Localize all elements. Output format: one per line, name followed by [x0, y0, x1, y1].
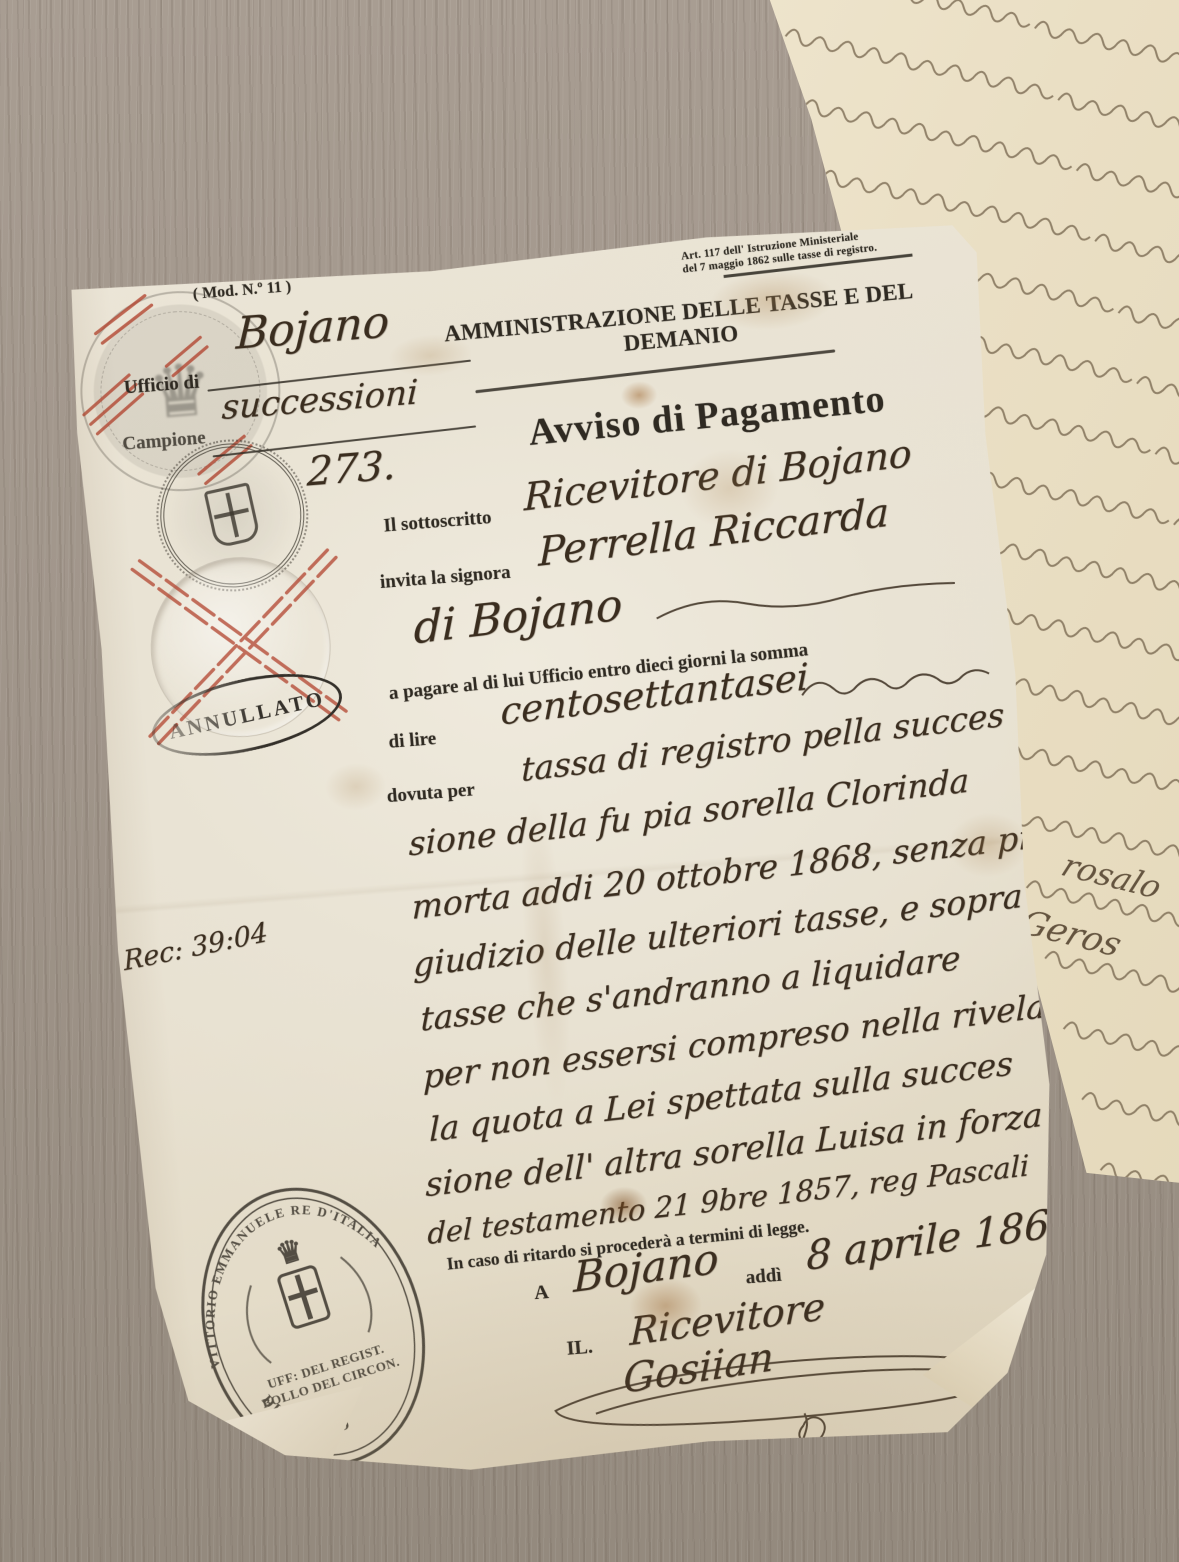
- pen-flourish: [650, 571, 962, 629]
- stamp-ornament: [322, 1391, 349, 1406]
- dateline-a-label: A: [533, 1281, 549, 1305]
- dovuta-label: dovuta per: [386, 779, 476, 808]
- dateline-addi-label: addì: [745, 1265, 783, 1290]
- regulation-note: Art. 117 dell' Istruzione Ministeriale d…: [680, 217, 982, 283]
- svg-text:♛: ♛: [272, 1233, 308, 1273]
- sottoscritto-label: Il sottoscritto: [383, 507, 493, 537]
- lire-label: di lire: [388, 728, 437, 754]
- administration-header: AMMINISTRAZIONE DELLE TASSE E DEL DEMANI…: [386, 273, 974, 379]
- photo-canvas: { "colors": { "wood": "#9e9388", "main_p…: [0, 0, 1179, 1562]
- crown-icon: ♛: [272, 1233, 308, 1273]
- signature-flourish: [530, 1306, 1058, 1466]
- invita-label: invita la signora: [379, 562, 511, 594]
- dateline-date-handwritten: 8 aprile 1866: [806, 1198, 1075, 1280]
- office-value-handwritten: Bojano: [235, 296, 390, 359]
- main-document: Art. 117 dell' Istruzione Ministeriale d…: [64, 216, 1076, 1494]
- protocol-number-handwritten: 273.: [306, 442, 397, 495]
- di-bojano-handwritten: di Bojano: [414, 579, 623, 654]
- shield-cross-icon: [278, 1266, 330, 1329]
- margin-note-handwritten: Rec: 39:04: [122, 917, 269, 977]
